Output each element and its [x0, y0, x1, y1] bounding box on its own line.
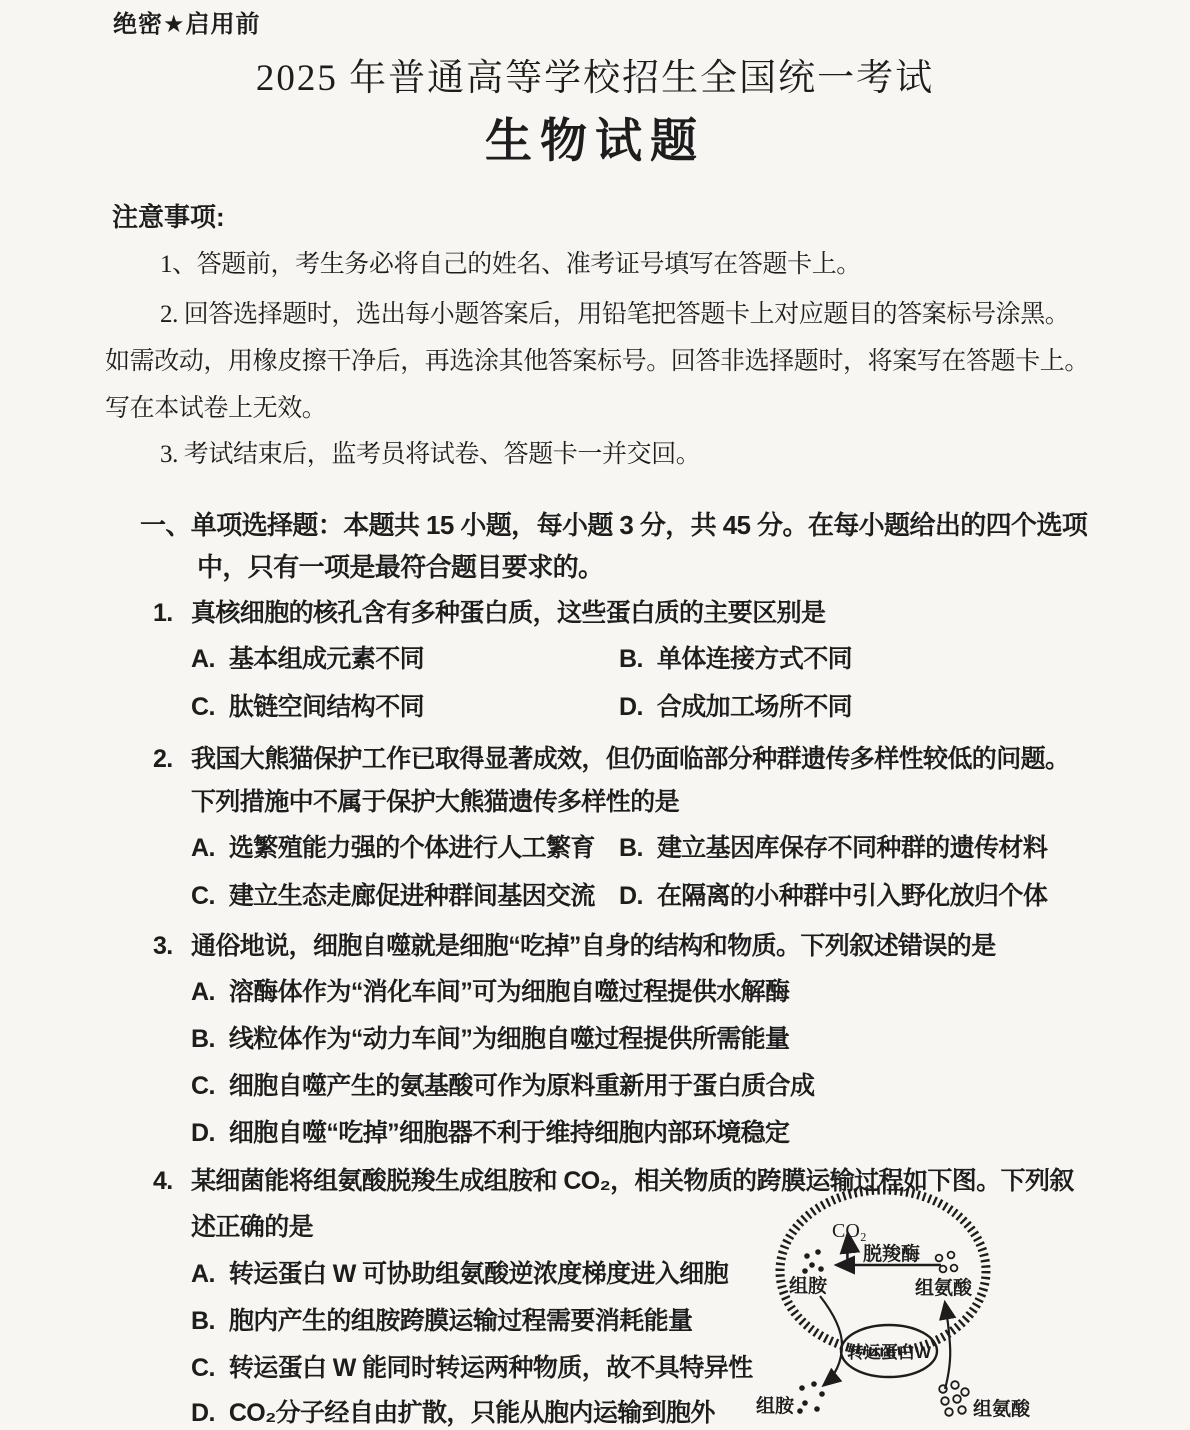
- question-2-options-row-2: C. 建立生态走廊促进种群间基因交流 D. 在隔离的小种群中引入野化放归个体: [191, 879, 1190, 913]
- question-1-option-a: A. 基本组成元素不同: [191, 642, 619, 676]
- question-1-options-row-2: C. 肽链空间结构不同 D. 合成加工场所不同: [191, 690, 1190, 724]
- question-2-option-d: D. 在隔离的小种群中引入野化放归个体: [619, 879, 1190, 913]
- histamine-dots-outside: [797, 1381, 825, 1414]
- question-1-option-c: C. 肽链空间结构不同: [191, 690, 619, 724]
- histidine-inside-label: 组氨酸: [915, 1276, 973, 1299]
- notes-heading: 注意事项:: [112, 200, 1190, 234]
- question-1-option-d: D. 合成加工场所不同: [619, 690, 1190, 724]
- exam-title: 2025 年普通高等学校招生全国统一考试: [0, 56, 1190, 102]
- note-item-2-continued-2: 写在本试卷上无效。: [105, 392, 1190, 426]
- question-3-option-d: D.细胞自噬“吃掉”细胞器不利于维持细胞内部环境稳定: [191, 1116, 1190, 1150]
- decarboxylase-label: 脱羧酶: [863, 1242, 920, 1265]
- note-item-3: 3. 考试结束后，监考员将试卷、答题卡一并交回。: [160, 438, 1190, 472]
- co2-release-arrow: [847, 1234, 848, 1263]
- question-3-number: 3.: [153, 929, 191, 963]
- question-2-stem-line-2: 下列措施中不属于保护大熊猫遗传多样性的是: [191, 785, 1190, 819]
- question-4-number: 4.: [153, 1164, 191, 1198]
- note-item-2: 2. 回答选择题时，选出每小题答案后，用铅笔把答题卡上对应题目的答案标号涂黑。: [160, 298, 1190, 332]
- histidine-circles-inside: [936, 1252, 958, 1273]
- question-3-option-a: A.溶酶体作为“消化车间”可为细胞自噬过程提供水解酶: [191, 975, 1190, 1009]
- question-1-option-b: B. 单体连接方式不同: [619, 642, 1190, 676]
- question-3-option-b: B.线粒体作为“动力车间”为细胞自噬过程提供所需能量: [191, 1022, 1190, 1056]
- histidine-outside-label: 组氨酸: [973, 1397, 1031, 1420]
- exam-subtitle: 生物试题: [0, 114, 1190, 170]
- question-3-stem-text: 通俗地说，细胞自噬就是细胞“吃掉”自身的结构和物质。下列叙述错误的是: [191, 929, 996, 963]
- question-2-option-a: A. 选繁殖能力强的个体进行人工繁育: [191, 831, 619, 865]
- classification-banner: 绝密★启用前: [113, 10, 1190, 40]
- question-2-option-b: B. 建立基因库保存不同种群的遗传材料: [619, 831, 1190, 865]
- transport-protein-w-label: 转运蛋白W: [847, 1342, 932, 1362]
- question-1-stem-text: 真核细胞的核孔含有多种蛋白质，这些蛋白质的主要区别是: [191, 596, 825, 630]
- question-2-options-row-1: A. 选繁殖能力强的个体进行人工繁育 B. 建立基因库保存不同种群的遗传材料: [191, 831, 1190, 865]
- question-2-stem-line-1: 我国大熊猫保护工作已取得显著成效，但仍面临部分种群遗传多样性较低的问题。: [191, 742, 1069, 776]
- question-1-stem: 1. 真核细胞的核孔含有多种蛋白质，这些蛋白质的主要区别是: [153, 596, 1190, 630]
- question-3-option-c: C.细胞自噬产生的氨基酸可作为原料重新用于蛋白质合成: [191, 1069, 1190, 1103]
- question-1-number: 1.: [153, 596, 191, 630]
- histamine-inside-label: 组胺: [789, 1274, 828, 1297]
- note-item-1: 1、答题前，考生务必将自己的姓名、准考证号填写在答题卡上。: [160, 248, 1190, 282]
- question-1-options-row-1: A. 基本组成元素不同 B. 单体连接方式不同: [191, 642, 1190, 676]
- histidine-circles-outside: [939, 1381, 969, 1416]
- histamine-outside-label: 组胺: [756, 1394, 795, 1417]
- exam-paper: 绝密★启用前 2025 年普通高等学校招生全国统一考试 生物试题 注意事项: 1…: [0, 0, 1190, 1430]
- histamine-dots-inside: [802, 1249, 824, 1274]
- question-3-stem: 3. 通俗地说，细胞自噬就是细胞“吃掉”自身的结构和物质。下列叙述错误的是: [153, 929, 1190, 963]
- question-2-number: 2.: [153, 742, 191, 776]
- cell-transport-diagram-svg: 转运蛋白W CO₂ 脱羧酶 组胺 组氨酸: [742, 1182, 1190, 1430]
- note-item-2-continued-1: 如需改动，用橡皮擦干净后，再选涂其他答案标号。回答非选择题时，将案写在答题卡上。: [105, 345, 1190, 379]
- section-heading-line-1: 一、单项选择题：本题共 15 小题，每小题 3 分，共 45 分。在每小题给出的…: [140, 508, 1190, 542]
- histidine-import-arrow: [945, 1303, 950, 1389]
- question-2-option-c: C. 建立生态走廊促进种群间基因交流: [191, 879, 619, 913]
- cell-transport-diagram: 转运蛋白W CO₂ 脱羧酶 组胺 组氨酸: [742, 1182, 1190, 1430]
- section-heading-line-2: 中，只有一项是最符合题目要求的。: [197, 550, 1190, 584]
- question-2-stem: 2. 我国大熊猫保护工作已取得显著成效，但仍面临部分种群遗传多样性较低的问题。: [153, 742, 1190, 776]
